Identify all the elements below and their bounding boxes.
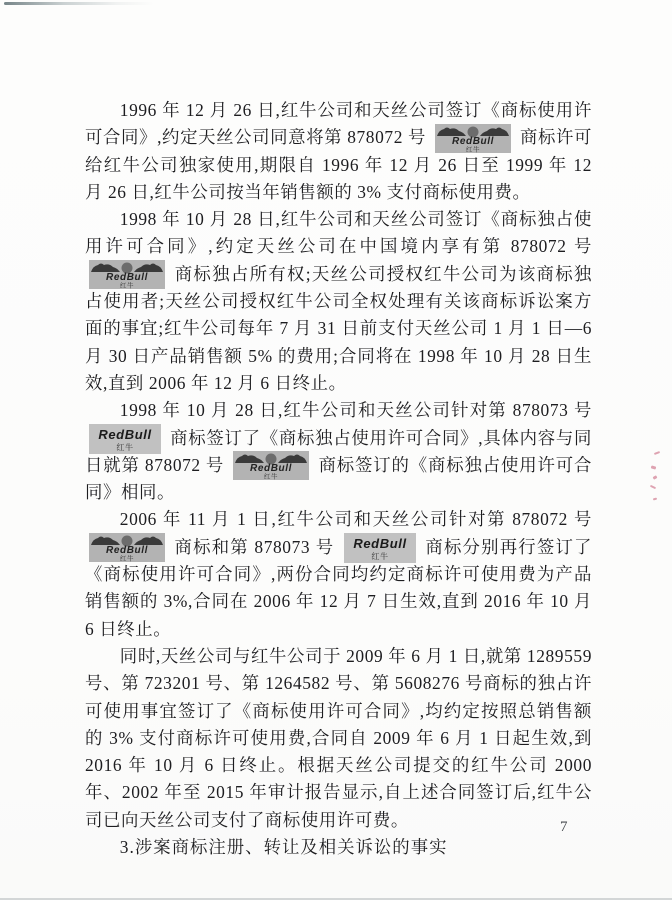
- redbull-double-bull-trademark-icon: RedBull 红牛: [89, 260, 165, 289]
- document-text-block: 1996 年 12 月 26 日,红牛公司和天丝公司签订《商标使用许可合同》,约…: [85, 97, 592, 861]
- logo-brand-text: RedBull: [106, 272, 148, 283]
- redbull-double-bull-trademark-icon: RedBull 红牛: [435, 124, 511, 153]
- logo-chinese-text: 红牛: [120, 281, 134, 290]
- paragraph-text: 商标和第 878073 号: [175, 537, 335, 557]
- red-mark: [653, 475, 658, 480]
- paragraph-1998-exclusive-contract-878072: 1998 年 10 月 28 日,红牛公司和天丝公司签订《商标独占使用许可合同》…: [85, 206, 592, 397]
- paragraph-text: 2006 年 11 月 1 日,红牛公司和天丝公司针对第 878072 号: [120, 509, 592, 529]
- scan-smudge-artifact: [4, 2, 154, 5]
- logo-brand-text: RedBull: [98, 427, 151, 442]
- logo-brand-text: RedBull: [452, 136, 494, 147]
- scanned-document-page: 1996 年 12 月 26 日,红牛公司和天丝公司签订《商标使用许可合同》,约…: [0, 0, 672, 900]
- paragraph-1998-exclusive-contract-878073: 1998 年 10 月 28 日,红牛公司和天丝公司针对第 878073 号 R…: [85, 397, 592, 506]
- redbull-wordmark-trademark-icon: RedBull 红牛: [89, 424, 161, 454]
- paragraph-text: 1998 年 10 月 28 日,红牛公司和天丝公司针对第 878073 号: [120, 400, 592, 420]
- logo-chinese-text: 红牛: [264, 472, 278, 481]
- paragraph-2006-license-contracts: 2006 年 11 月 1 日,红牛公司和天丝公司针对第 878072 号 Re…: [85, 506, 592, 642]
- logo-chinese-text: 红牛: [371, 551, 388, 561]
- section-heading-text: 3.涉案商标注册、转让及相关诉讼的事实: [120, 837, 448, 857]
- paragraph-text: 1998 年 10 月 28 日,红牛公司和天丝公司签订《商标独占使用许可合同》…: [85, 209, 592, 256]
- logo-brand-text: RedBull: [106, 545, 148, 556]
- redbull-wordmark-trademark-icon: RedBull 红牛: [344, 533, 416, 563]
- logo-chinese-text: 红牛: [466, 144, 480, 153]
- logo-chinese-text: 红牛: [116, 442, 133, 452]
- red-mark: [651, 465, 657, 469]
- paragraph-text: 同时,天丝公司与红牛公司于 2009 年 6 月 1 日,就第 1289559 …: [85, 646, 592, 830]
- red-mark: [653, 498, 657, 501]
- logo-chinese-text: 红牛: [120, 554, 134, 563]
- logo-brand-text: RedBull: [353, 536, 406, 551]
- redbull-double-bull-trademark-icon: RedBull 红牛: [89, 533, 165, 562]
- paragraph-1996-license-contract: 1996 年 12 月 26 日,红牛公司和天丝公司签订《商标使用许可合同》,约…: [85, 97, 592, 206]
- red-mark: [650, 485, 656, 489]
- paragraph-2009-license-contracts: 同时,天丝公司与红牛公司于 2009 年 6 月 1 日,就第 1289559 …: [85, 643, 592, 834]
- red-mark: [654, 451, 660, 455]
- red-pen-annotation-marks: [646, 452, 662, 507]
- section-heading-3: 3.涉案商标注册、转让及相关诉讼的事实: [85, 834, 592, 861]
- logo-brand-text: RedBull: [250, 463, 292, 474]
- page-number: 7: [560, 819, 568, 836]
- paragraph-text: 1996 年 12 月 26 日,红牛公司和天丝公司签订《商标使用许可合同》,约…: [85, 100, 592, 147]
- redbull-double-bull-trademark-icon: RedBull 红牛: [233, 451, 309, 480]
